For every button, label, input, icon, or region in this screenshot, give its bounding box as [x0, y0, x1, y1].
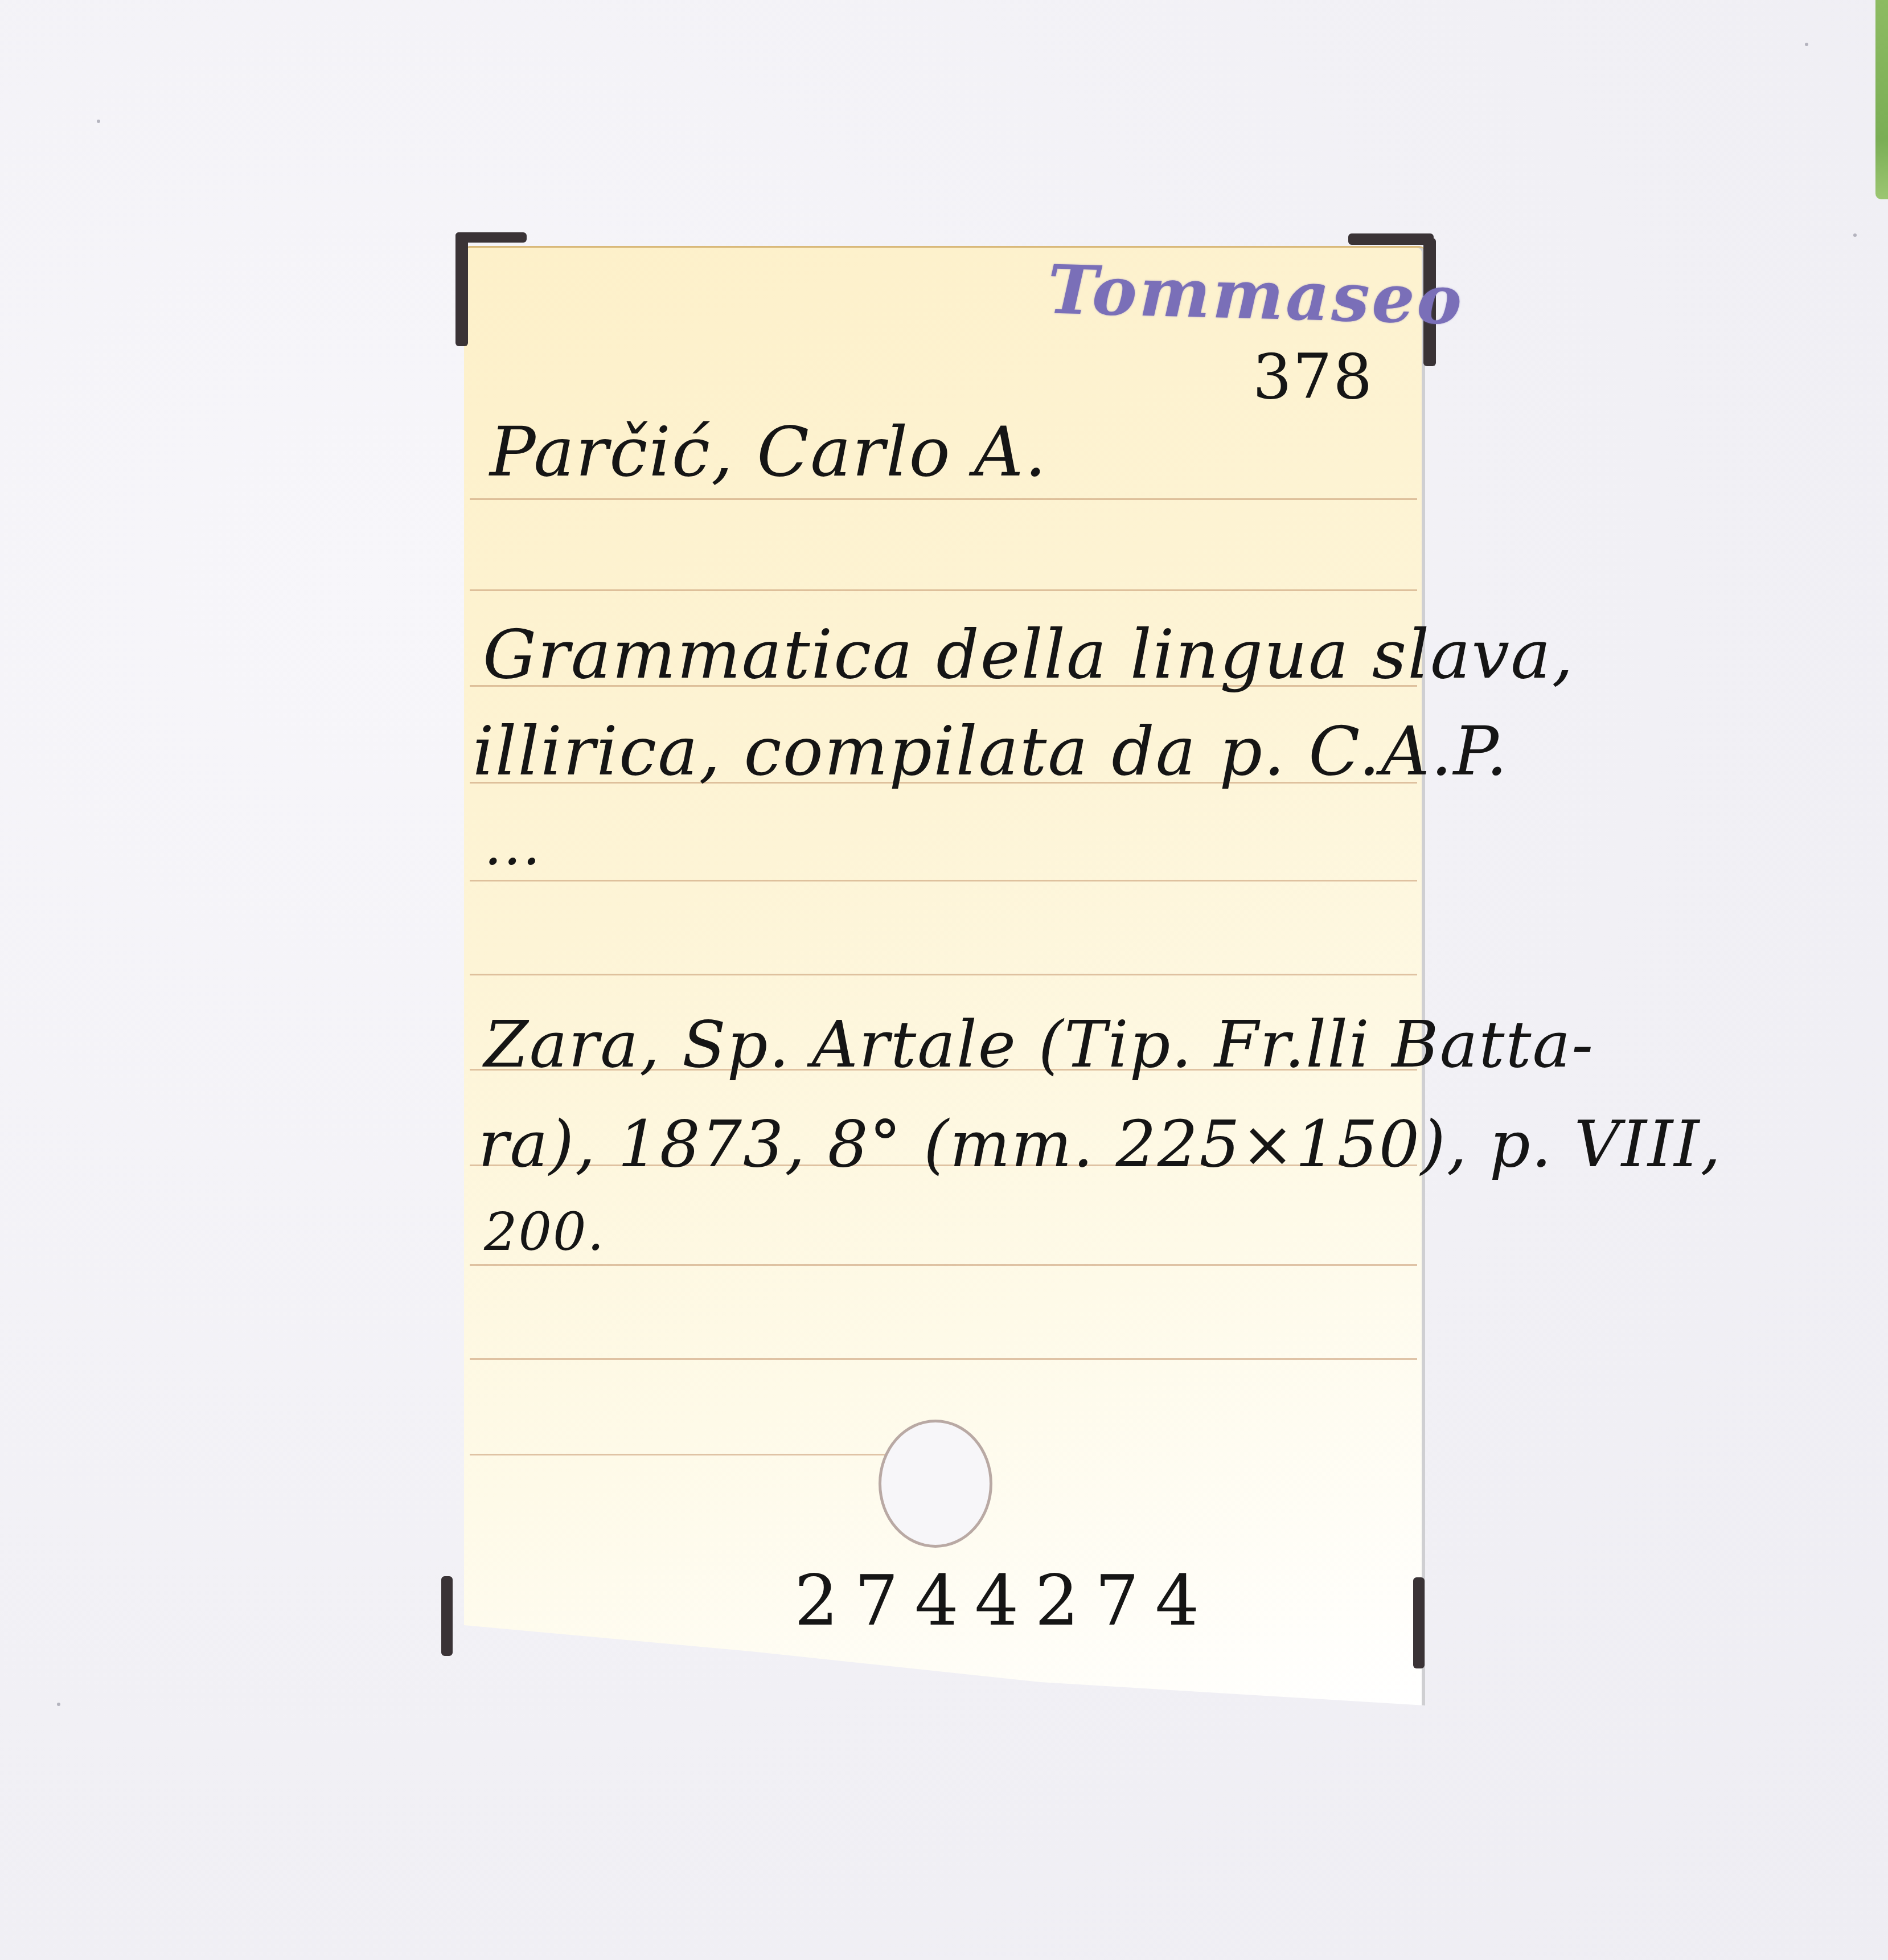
dust-speck — [1853, 233, 1857, 237]
imprint-line: Zara, Sp. Artale (Tip. Fr.lli Batta- — [484, 1008, 1594, 1082]
punch-hole — [879, 1420, 992, 1548]
inventory-number: 2744274 — [794, 1560, 1215, 1641]
imprint-line: 200. — [484, 1202, 605, 1262]
mount-corner-top-left — [455, 232, 527, 243]
dust-speck — [57, 1703, 60, 1706]
mount-corner-top-left — [455, 232, 468, 346]
mount-corner-bottom-right — [1413, 1577, 1425, 1668]
mount-corner-top-right — [1348, 233, 1434, 245]
ruled-line — [470, 1454, 913, 1455]
mount-corner-bottom-left — [441, 1576, 453, 1656]
ruled-line — [470, 1264, 1417, 1266]
author-heading: Parčić, Carlo A. — [490, 413, 1048, 492]
dust-speck — [1805, 43, 1808, 46]
title-ellipsis: ... — [484, 811, 541, 878]
dust-speck — [97, 120, 100, 123]
title-line: illirica, compilata da p. C.A.P. — [473, 712, 1508, 790]
library-stamp: Tommaseo — [1046, 249, 1465, 339]
green-edge-strip — [1875, 0, 1888, 199]
ruled-line — [470, 498, 1417, 500]
ruled-line — [470, 974, 1417, 975]
ruled-line — [470, 589, 1417, 591]
shelfmark: 378 — [1253, 342, 1373, 413]
ruled-line — [470, 1358, 1417, 1360]
imprint-line: ra), 1873, 8° (mm. 225×150), p. VIII, — [478, 1108, 1722, 1182]
title-line: Grammatica della lingua slava, — [483, 615, 1574, 694]
ruled-line — [470, 880, 1417, 881]
